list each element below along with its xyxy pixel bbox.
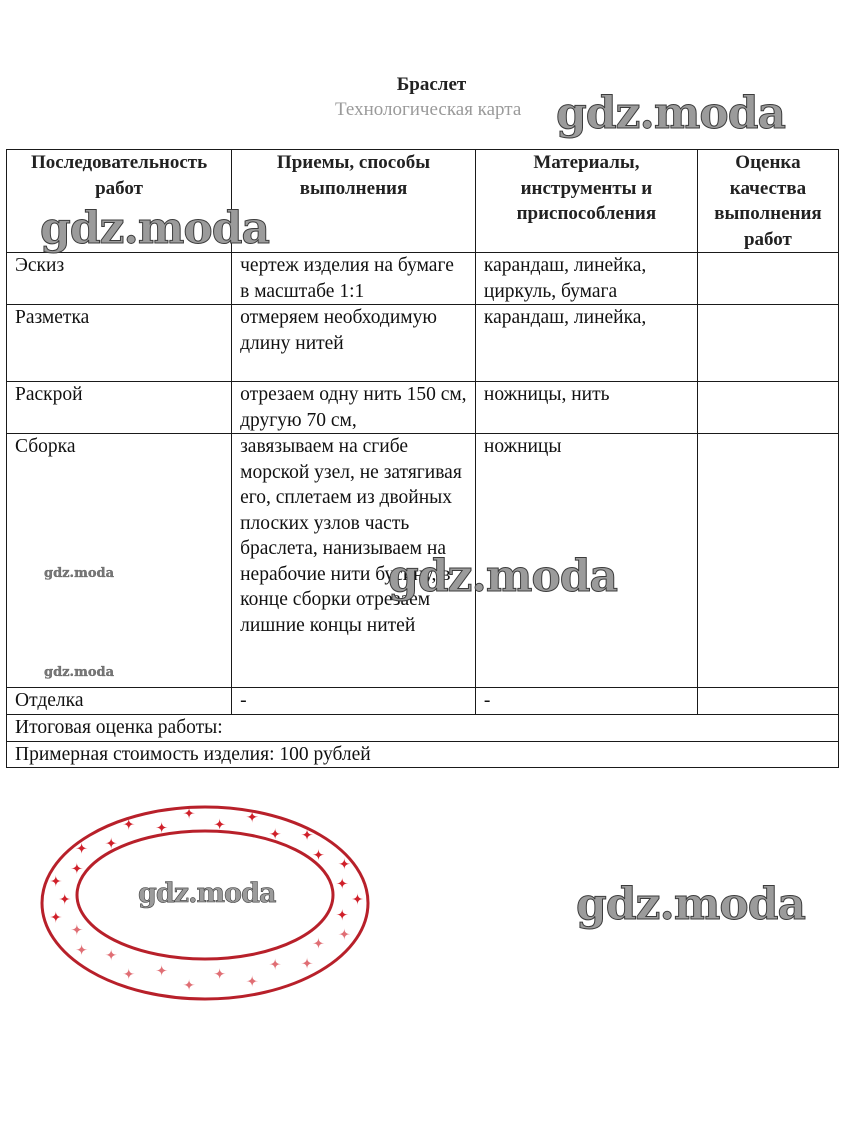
document-subtitle: Технологическая карта xyxy=(335,99,521,121)
watermark: gdz.moda xyxy=(44,665,114,680)
approx-cost-cell: Примерная стоимость изделия: 100 рублей xyxy=(7,741,839,768)
table-row: Эскиз чертеж изделия на бумаге в масштаб… xyxy=(7,253,839,305)
cell-step: Эскиз xyxy=(7,253,232,305)
cell-quality xyxy=(697,305,838,382)
cell-method: отмеряем необходимую длину нитей xyxy=(232,305,476,382)
cell-quality xyxy=(697,688,838,715)
cell-method: отрезаем одну нить 150 см, другую 70 см, xyxy=(232,382,476,434)
cell-materials: карандаш, линейка, xyxy=(475,305,697,382)
header-materials: Материалы, инструменты и приспособления xyxy=(475,150,697,253)
watermark: gdz.moda xyxy=(388,551,617,602)
cell-step: Отделка xyxy=(7,688,232,715)
cell-method: чертеж изделия на бумаге в масштабе 1:1 xyxy=(232,253,476,305)
final-grade-row: Итоговая оценка работы: xyxy=(7,715,839,742)
watermark: gdz.moda xyxy=(556,88,785,139)
approx-cost-row: Примерная стоимость изделия: 100 рублей xyxy=(7,741,839,768)
watermark: gdz.moda xyxy=(576,879,805,930)
cell-materials: ножницы, нить xyxy=(475,382,697,434)
cell-materials: - xyxy=(475,688,697,715)
cell-method: - xyxy=(232,688,476,715)
watermark: gdz.moda xyxy=(138,878,275,909)
table-row: Раскрой отрезаем одну нить 150 см, другу… xyxy=(7,382,839,434)
table-row: Отделка - - xyxy=(7,688,839,715)
cell-step: Сборка xyxy=(7,434,232,688)
watermark: gdz.moda xyxy=(44,566,114,581)
watermark: gdz.moda xyxy=(40,203,269,254)
cell-quality xyxy=(697,253,838,305)
cell-materials: карандаш, линейка, циркуль, бумага xyxy=(475,253,697,305)
cell-step: Разметка xyxy=(7,305,232,382)
table-row: Разметка отмеряем необходимую длину ните… xyxy=(7,305,839,382)
header-quality: Оценка качества выполнения работ xyxy=(697,150,838,253)
cell-quality xyxy=(697,434,838,688)
cell-step: Раскрой xyxy=(7,382,232,434)
cell-quality xyxy=(697,382,838,434)
final-grade-cell: Итоговая оценка работы: xyxy=(7,715,839,742)
